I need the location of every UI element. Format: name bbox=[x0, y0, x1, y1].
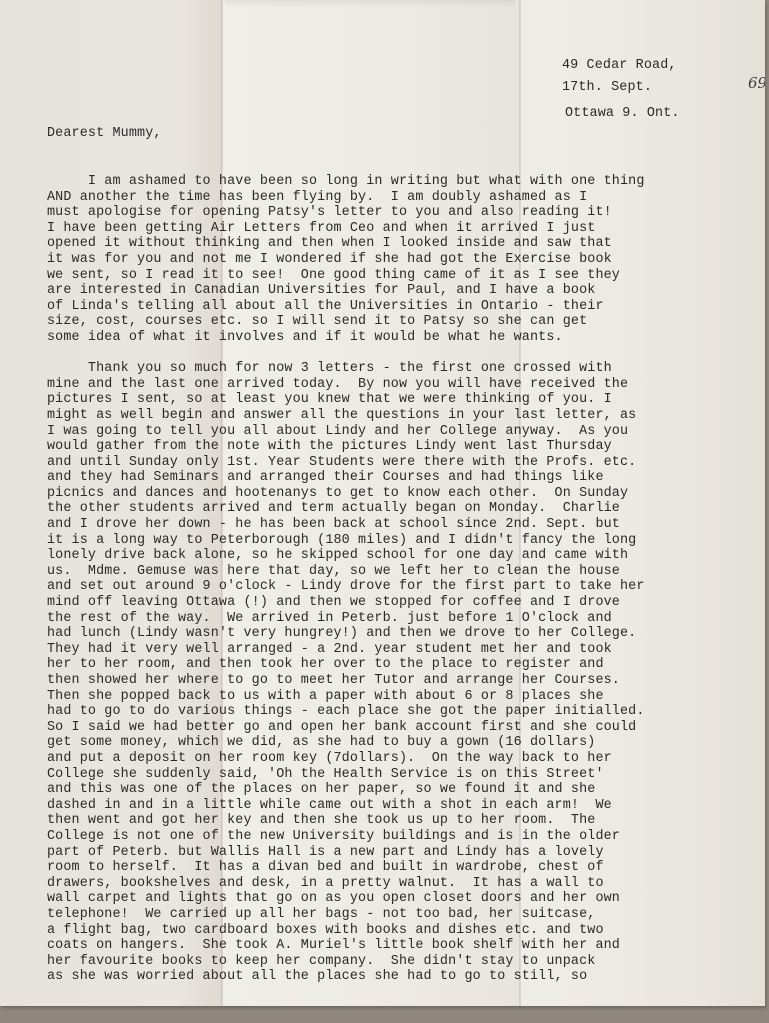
text-line: a flight bag, two cardboard boxes with b… bbox=[47, 923, 645, 939]
text-line: the other students arrived and term actu… bbox=[47, 501, 645, 517]
text-line: might as well begin and answer all the q… bbox=[47, 408, 645, 424]
text-line: it is a long way to Peterborough (180 mi… bbox=[47, 533, 645, 549]
text-line: wall carpet and lights that go on as you… bbox=[47, 891, 645, 907]
text-line: pictures I sent, so at least you knew th… bbox=[47, 392, 645, 408]
text-line: had to go to do various things - each pl… bbox=[47, 704, 645, 720]
text-line: coats on hangers. She took A. Muriel's l… bbox=[47, 938, 645, 954]
text-line: drawers, bookshelves and desk, in a pret… bbox=[47, 876, 645, 892]
text-line: part of Peterb. but Wallis Hall is a new… bbox=[47, 845, 645, 861]
crease-shadow bbox=[225, 0, 515, 8]
text-line: and set out around 9 o'clock - Lindy dro… bbox=[47, 579, 645, 595]
text-line: dashed in and in a little while came out… bbox=[47, 798, 645, 814]
letter-page: 49 Cedar Road, Ottawa 9. Ont. 17th. Sept… bbox=[0, 0, 765, 1006]
text-line: and until Sunday only 1st. Year Students… bbox=[47, 455, 645, 471]
text-line: Thank you so much for now 3 letters - th… bbox=[47, 361, 645, 377]
text-line: the rest of the way. We arrived in Peter… bbox=[47, 611, 645, 627]
text-line: we sent, so I read it to see! One good t… bbox=[47, 268, 645, 284]
text-line: had lunch (Lindy wasn't very hungrey!) a… bbox=[47, 626, 645, 642]
text-line: would gather from the note with the pict… bbox=[47, 439, 645, 455]
text-line: telephone! We carried up all her bags - … bbox=[47, 907, 645, 923]
text-line: I am ashamed to have been so long in wri… bbox=[47, 174, 645, 190]
text-line: I was going to tell you all about Lindy … bbox=[47, 424, 645, 440]
text-line: picnics and dances and hootenanys to get… bbox=[47, 486, 645, 502]
text-line: College she suddenly said, 'Oh the Healt… bbox=[47, 767, 645, 783]
text-line: and put a deposit on her room key (7doll… bbox=[47, 751, 645, 767]
text-line: I have been getting Air Letters from Ceo… bbox=[47, 221, 645, 237]
text-line: So I said we had better go and open her … bbox=[47, 720, 645, 736]
text-line: and I drove her down - he has been back … bbox=[47, 517, 645, 533]
text-line: room to herself. It has a divan bed and … bbox=[47, 860, 645, 876]
salutation: Dearest Mummy, bbox=[47, 126, 162, 142]
address-line: 49 Cedar Road, bbox=[562, 58, 680, 74]
text-line: it was for you and not me I wondered if … bbox=[47, 252, 645, 268]
text-line: then showed her where to go to meet her … bbox=[47, 673, 645, 689]
paragraph: I am ashamed to have been so long in wri… bbox=[47, 174, 645, 346]
text-line: They had it very well arranged - a 2nd. … bbox=[47, 642, 645, 658]
text-line: size, cost, courses etc. so I will send … bbox=[47, 314, 645, 330]
text-line: of Linda's telling all about all the Uni… bbox=[47, 299, 645, 315]
text-line: lonely drive back alone, so he skipped s… bbox=[47, 548, 645, 564]
text-line: her favourite books to keep her company.… bbox=[47, 954, 645, 970]
paragraph: Thank you so much for now 3 letters - th… bbox=[47, 361, 645, 985]
text-line: then went and got her key and then she t… bbox=[47, 813, 645, 829]
letter-body: I am ashamed to have been so long in wri… bbox=[47, 174, 645, 985]
text-line: mind off leaving Ottawa (!) and then we … bbox=[47, 595, 645, 611]
text-line: Then she popped back to us with a paper … bbox=[47, 689, 645, 705]
text-line: as she was worried about all the places … bbox=[47, 969, 645, 985]
address-line: Ottawa 9. Ont. bbox=[562, 106, 680, 122]
text-line: her to her room, and then took her over … bbox=[47, 657, 645, 673]
text-line: and this was one of the places on her pa… bbox=[47, 782, 645, 798]
text-line: mine and the last one arrived today. By … bbox=[47, 377, 645, 393]
text-line: opened it without thinking and then when… bbox=[47, 236, 645, 252]
text-line: get some money, which we did, as she had… bbox=[47, 735, 645, 751]
text-line: are interested in Canadian Universities … bbox=[47, 283, 645, 299]
handwritten-year: 69 bbox=[748, 74, 765, 92]
text-line: must apologise for opening Patsy's lette… bbox=[47, 205, 645, 221]
text-line: us. Mdme. Gemuse was here that day, so w… bbox=[47, 564, 645, 580]
text-line: and they had Seminars and arranged their… bbox=[47, 470, 645, 486]
text-line: some idea of what it involves and if it … bbox=[47, 330, 645, 346]
text-line: AND another the time has been flying by.… bbox=[47, 190, 645, 206]
letter-date: 17th. Sept. bbox=[562, 80, 652, 96]
text-line: College is not one of the new University… bbox=[47, 829, 645, 845]
